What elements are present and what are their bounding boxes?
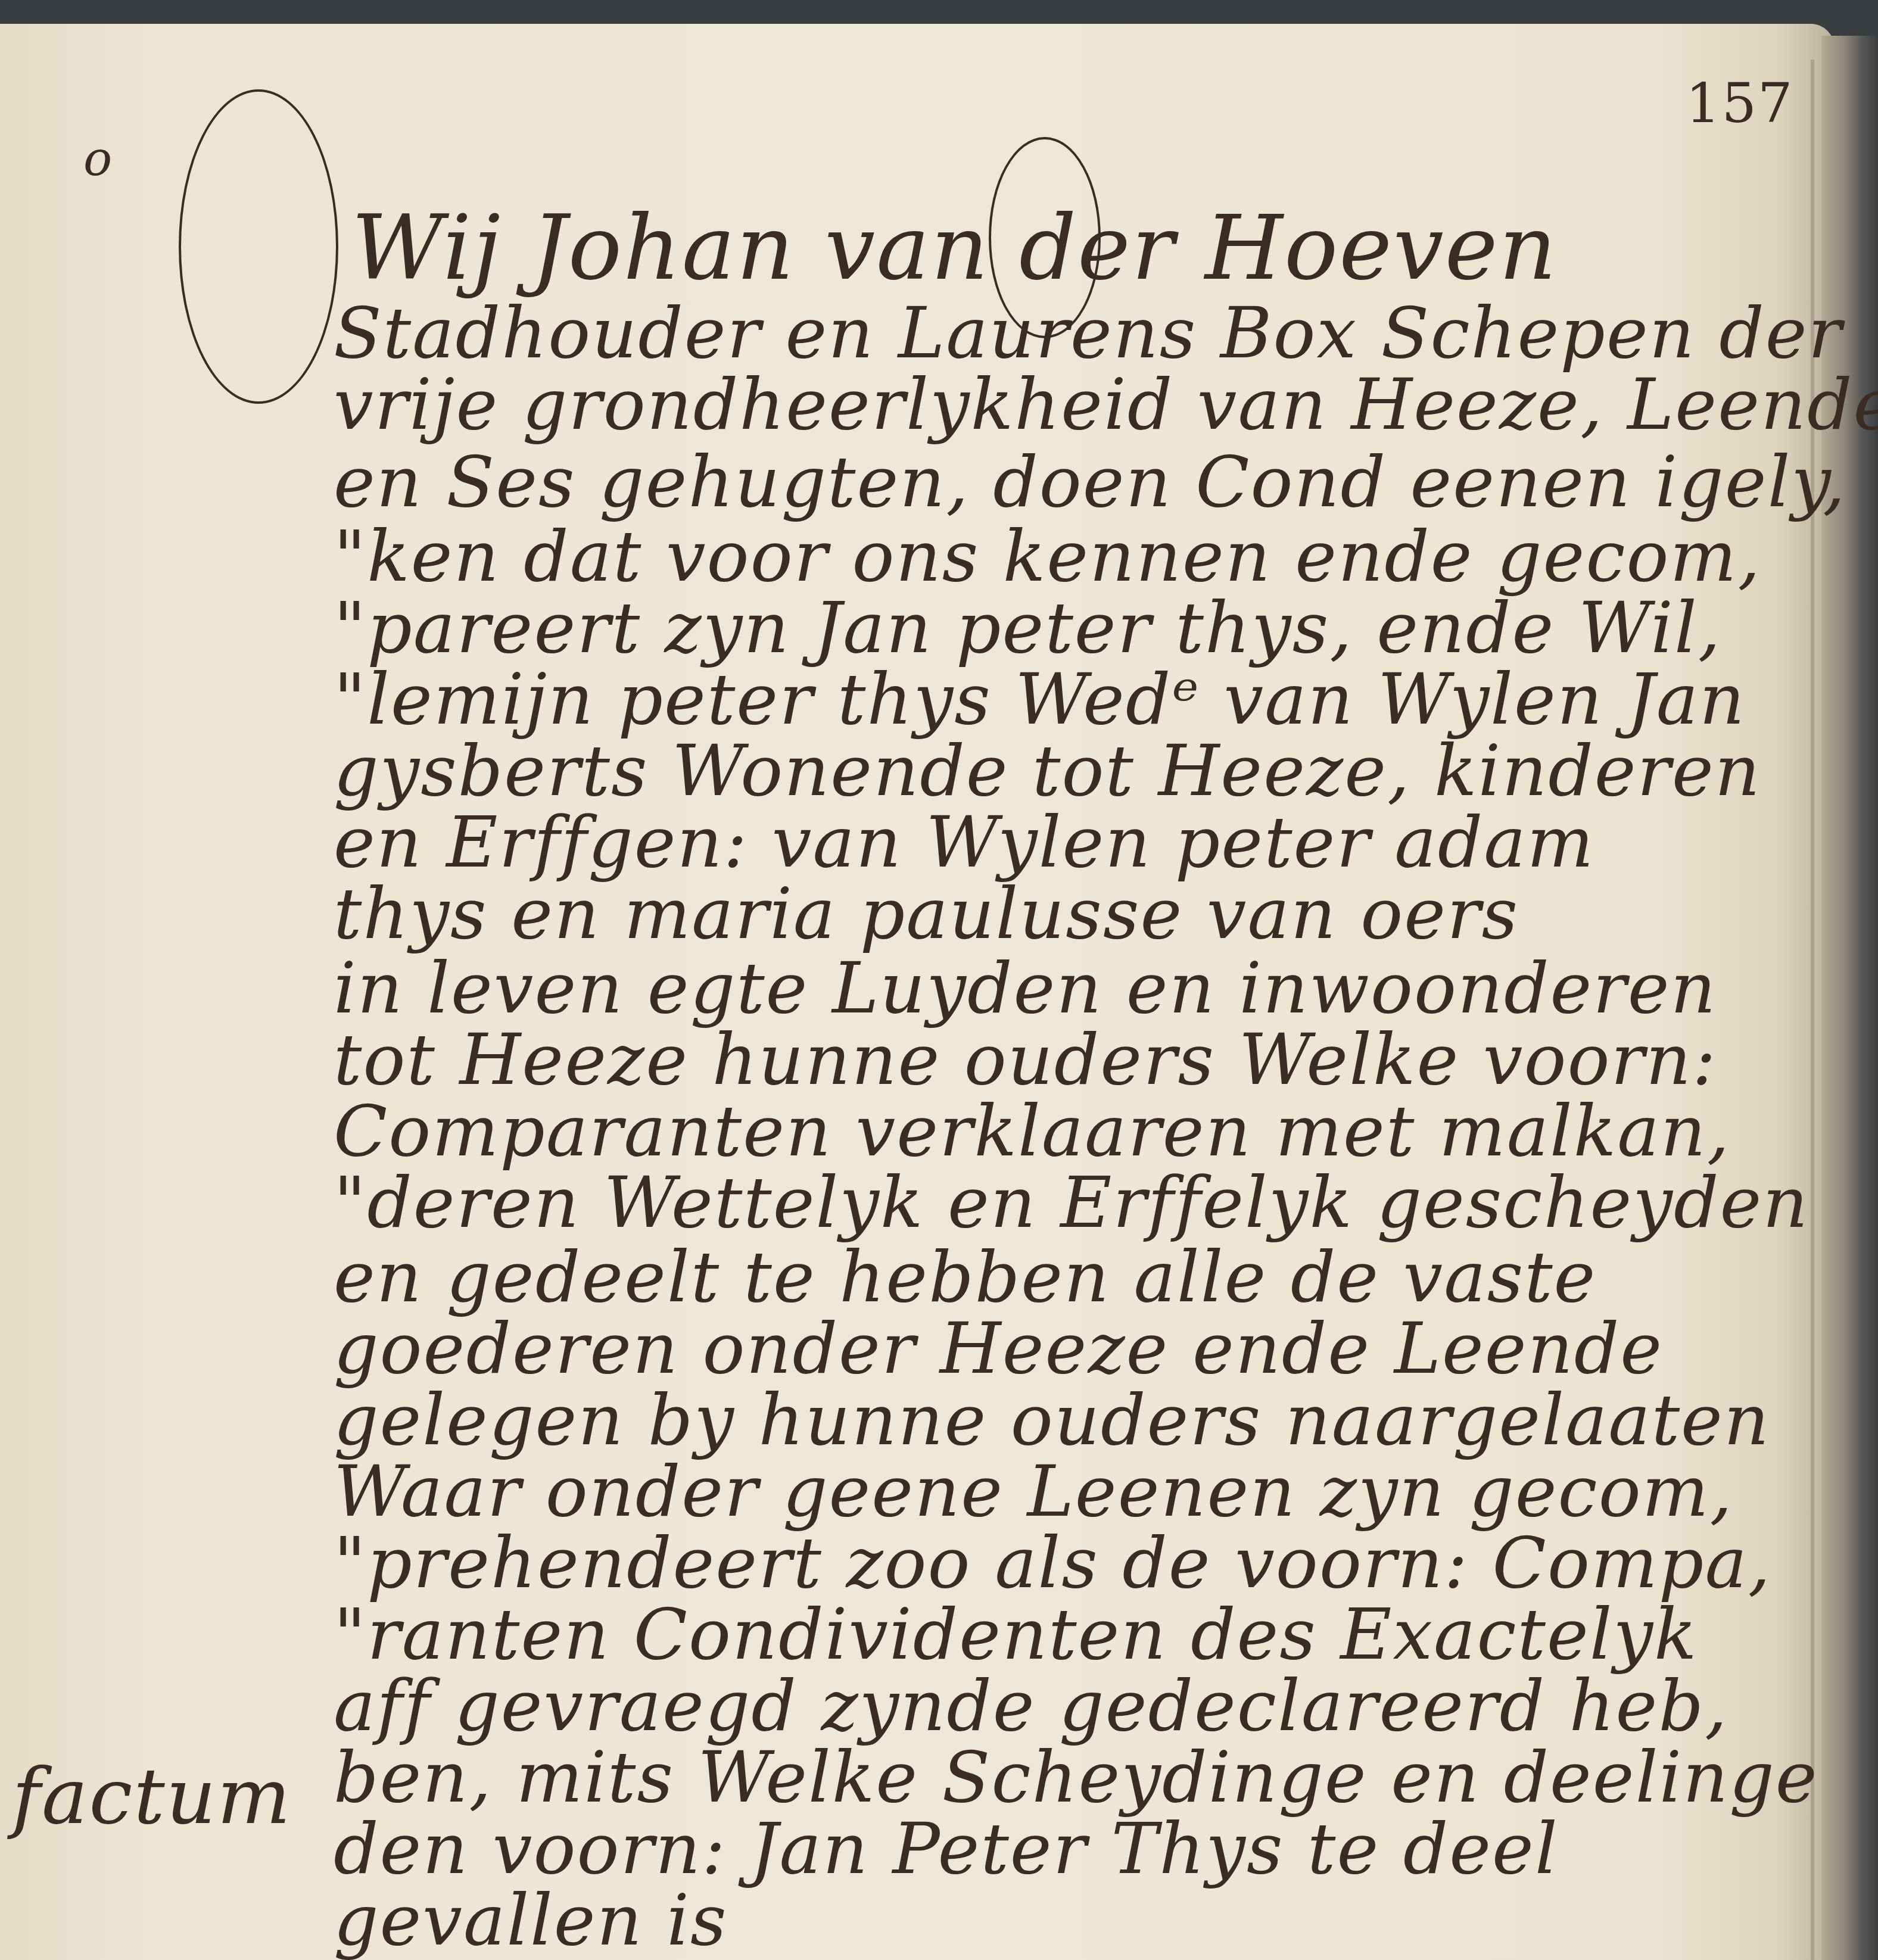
text-line: gevallen is — [334, 1879, 728, 1960]
text-line: Stadhouder en Laurens Box Schepen der — [334, 292, 1843, 374]
text-line: "ken dat voor ons kennen ende gecom, — [334, 515, 1761, 597]
text-line: en gedeelt te hebben alle de vaste — [334, 1236, 1596, 1318]
text-line: "pareert zyn Jan peter thys, ende Wil, — [334, 587, 1721, 669]
text-line: "prehendeert zoo als de voorn: Compa, — [334, 1522, 1771, 1604]
text-line: ben, mits Welke Scheydinge en deelinge — [334, 1736, 1818, 1818]
text-line: Comparanten verklaaren met malkan, — [334, 1090, 1730, 1172]
text-line: gysberts Wonende tot Heeze, kinderen — [334, 730, 1761, 812]
margin-note: factum — [12, 1751, 292, 1841]
margin-mark: o — [83, 131, 113, 186]
text-line: "ranten Condividenten des Exactelyk — [334, 1593, 1698, 1675]
text-line: aff gevraegd zynde gedeclareerd heb, — [334, 1665, 1728, 1747]
text-line: "lemijn peter thys Wedᵉ van Wylen Jan — [334, 658, 1746, 740]
text-line: Waar onder geene Leenen zyn gecom, — [334, 1450, 1733, 1532]
text-line: goederen onder Heeze ende Leende — [334, 1307, 1663, 1389]
text-line: gelegen by hunne ouders naargelaaten — [334, 1379, 1770, 1461]
text-line: en Erffgen: van Wylen peter adam — [334, 801, 1594, 883]
text-line: thys en maria paulusse van oers — [334, 873, 1519, 955]
text-line: "deren Wettelyk en Erffelyk gescheyden — [334, 1161, 1809, 1244]
page-number: 157 — [1686, 71, 1794, 135]
document-heading: Wij Johan van der Hoeven — [351, 197, 1558, 300]
text-line: en Ses gehugten, doen Cond eenen igely, — [334, 441, 1846, 523]
decorative-flourish-left — [179, 89, 338, 404]
text-line: in leven egte Luyden en inwoonderen — [334, 947, 1717, 1029]
text-line: tot Heeze hunne ouders Welke voorn: — [334, 1018, 1717, 1101]
text-line: vrije grondheerlykheid van Heeze, Leende — [334, 363, 1878, 445]
text-line: den voorn: Jan Peter Thys te deel — [334, 1808, 1559, 1890]
